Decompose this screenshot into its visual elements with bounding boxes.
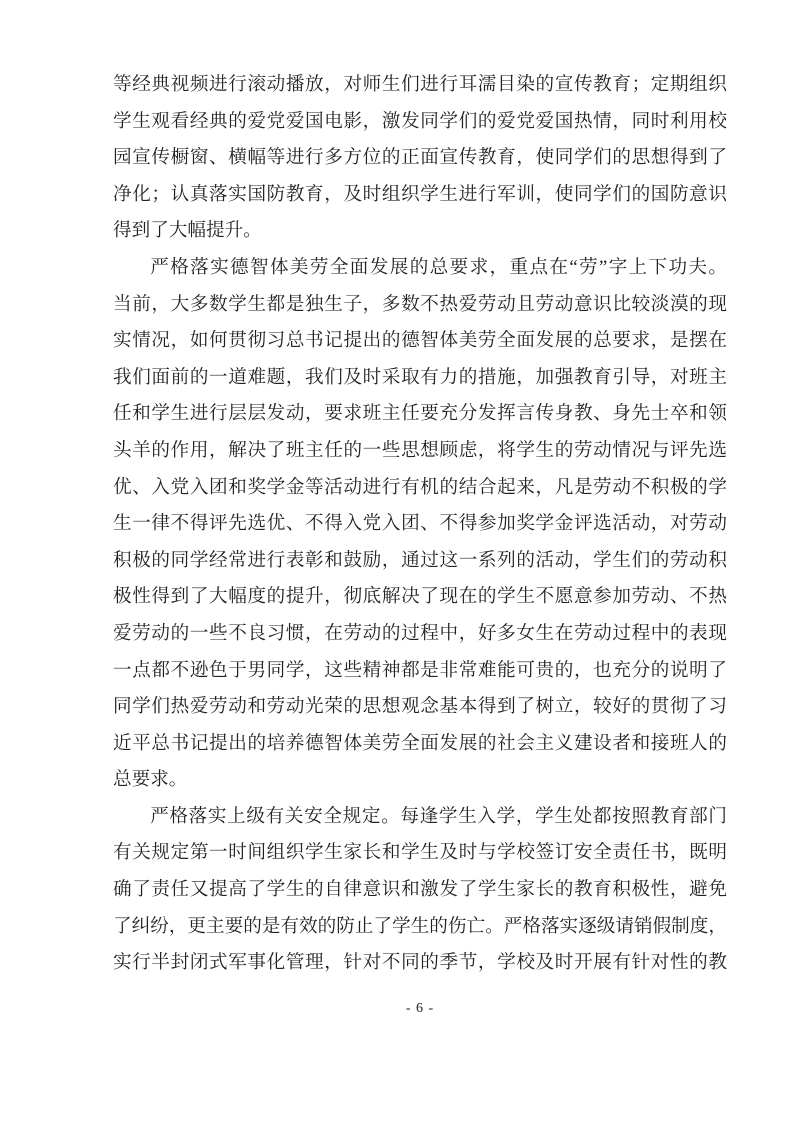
text-line: 任和学生进行层层发动，要求班主任要充分发挥言传身教、身先士卒和领	[113, 396, 727, 433]
text-line: 得到了大幅提升。	[113, 213, 727, 250]
text-line: 同学们热爱劳动和劳动光荣的思想观念基本得到了树立，较好的贯彻了习	[113, 689, 727, 726]
text-line: 生一律不得评先选优、不得入党入团、不得参加奖学金评选活动，对劳动	[113, 506, 727, 543]
text-line: 了纠纷，更主要的是有效的防止了学生的伤亡。严格落实逐级请销假制度，	[113, 909, 727, 946]
text-line: 头羊的作用，解决了班主任的一些思想顾虑，将学生的劳动情况与评先选	[113, 433, 727, 470]
text-line: 园宣传橱窗、横幅等进行多方位的正面宣传教育，使同学们的思想得到了	[113, 140, 727, 177]
text-line: 爱劳动的一些不良习惯，在劳动的过程中，好多女生在劳动过程中的表现	[113, 616, 727, 653]
text-line: 有关规定第一时间组织学生家长和学生及时与学校签订安全责任书，既明	[113, 835, 727, 872]
text-line: 一点都不逊色于男同学，这些精神都是非常难能可贵的，也充分的说明了	[113, 653, 727, 690]
text-line: 实情况，如何贯彻习总书记提出的德智体美劳全面发展的总要求，是摆在	[113, 323, 727, 360]
text-line: 严格落实上级有关安全规定。每逢学生入学，学生处都按照教育部门	[113, 799, 727, 836]
text-line: 优、入党入团和奖学金等活动进行有机的结合起来，凡是劳动不积极的学	[113, 470, 727, 507]
text-line: 极性得到了大幅度的提升，彻底解决了现在的学生不愿意参加劳动、不热	[113, 579, 727, 616]
text-line: 实行半封闭式军事化管理，针对不同的季节，学校及时开展有针对性的教	[113, 945, 727, 982]
text-line: 近平总书记提出的培养德智体美劳全面发展的社会主义建设者和接班人的	[113, 726, 727, 763]
text-line: 确了责任又提高了学生的自律意识和激发了学生家长的教育积极性，避免	[113, 872, 727, 909]
text-line: 净化；认真落实国防教育，及时组织学生进行军训，使同学们的国防意识	[113, 177, 727, 214]
text-line: 总要求。	[113, 762, 727, 799]
text-line: 严格落实德智体美劳全面发展的总要求，重点在“劳”字上下功夫。	[113, 250, 727, 287]
page-number: - 6 -	[113, 1001, 727, 1017]
text-line: 学生观看经典的爱党爱国电影，激发同学们的爱党爱国热情，同时利用校	[113, 104, 727, 141]
text-line: 积极的同学经常进行表彰和鼓励，通过这一系列的活动，学生们的劳动积	[113, 543, 727, 580]
text-line: 当前，大多数学生都是独生子，多数不热爱劳动且劳动意识比较淡漠的现	[113, 287, 727, 324]
text-line: 等经典视频进行滚动播放，对师生们进行耳濡目染的宣传教育；定期组织	[113, 67, 727, 104]
document-page: 等经典视频进行滚动播放，对师生们进行耳濡目染的宣传教育；定期组织学生观看经典的爱…	[0, 0, 800, 1131]
text-line: 我们面前的一道难题，我们及时采取有力的措施，加强教育引导，对班主	[113, 360, 727, 397]
document-body: 等经典视频进行滚动播放，对师生们进行耳濡目染的宣传教育；定期组织学生观看经典的爱…	[113, 67, 727, 982]
